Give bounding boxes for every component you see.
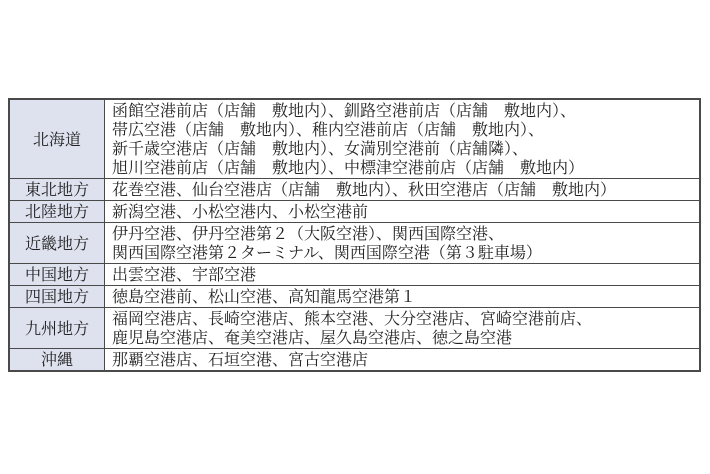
region-cell: 沖縄 [9,349,105,372]
table-row-shikoku: 四国地方 徳島空港前、松山空港、高知龍馬空港第１ [9,286,700,308]
places-cell: 出雲空港、宇部空港 [105,264,701,286]
region-cell: 近畿地方 [9,223,105,264]
region-cell: 東北地方 [9,179,105,201]
places-cell: 花巻空港、仙台空港店（店舗 敷地内）、秋田空港店（店舗 敷地内） [105,179,701,201]
table-row-hokuriku: 北陸地方 新潟空港、小松空港内、小松空港前 [9,201,700,223]
table-row-okinawa: 沖縄 那覇空港店、石垣空港、宮古空港店 [9,349,700,372]
table-row-tohoku: 東北地方 花巻空港、仙台空港店（店舗 敷地内）、秋田空港店（店舗 敷地内） [9,179,700,201]
table-row-kyushu: 九州地方 福岡空港店、長崎空港店、熊本空港、大分空港店、宮崎空港前店、 鹿児島空… [9,308,700,349]
places-cell: 函館空港前店（店舗 敷地内）、釧路空港前店（店舗 敷地内）、 帯広空港（店舗 敷… [105,99,701,179]
table-row-hokkaido: 北海道 函館空港前店（店舗 敷地内）、釧路空港前店（店舗 敷地内）、 帯広空港（… [9,99,700,179]
places-cell: 伊丹空港、伊丹空港第２（大阪空港）、関西国際空港、 関西国際空港第２ターミナル、… [105,223,701,264]
places-cell: 福岡空港店、長崎空港店、熊本空港、大分空港店、宮崎空港前店、 鹿児島空港店、奄美… [105,308,701,349]
table-row-kinki: 近畿地方 伊丹空港、伊丹空港第２（大阪空港）、関西国際空港、 関西国際空港第２タ… [9,223,700,264]
places-cell: 徳島空港前、松山空港、高知龍馬空港第１ [105,286,701,308]
airport-regions-table-body: 北海道 函館空港前店（店舗 敷地内）、釧路空港前店（店舗 敷地内）、 帯広空港（… [9,99,700,371]
table-row-chugoku: 中国地方 出雲空港、宇部空港 [9,264,700,286]
region-cell: 北陸地方 [9,201,105,223]
region-cell: 四国地方 [9,286,105,308]
region-cell: 九州地方 [9,308,105,349]
airport-regions-table: 北海道 函館空港前店（店舗 敷地内）、釧路空港前店（店舗 敷地内）、 帯広空港（… [8,98,701,372]
places-cell: 新潟空港、小松空港内、小松空港前 [105,201,701,223]
region-cell: 北海道 [9,99,105,179]
places-cell: 那覇空港店、石垣空港、宮古空港店 [105,349,701,372]
region-cell: 中国地方 [9,264,105,286]
